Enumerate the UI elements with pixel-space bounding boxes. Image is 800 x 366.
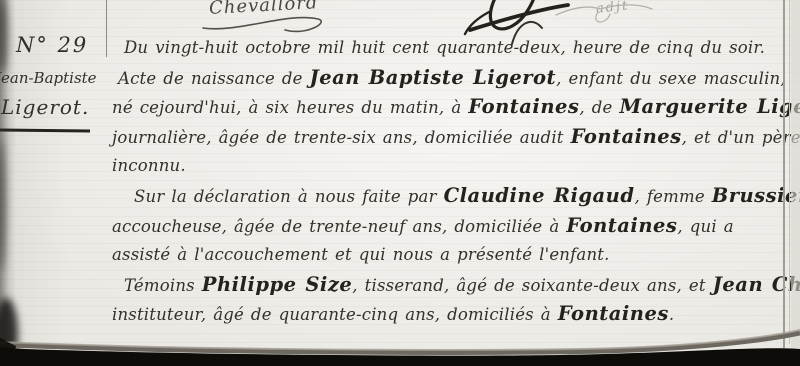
registrar-signature: Chevallord (209, 0, 319, 19)
bottom-page-edge (0, 326, 800, 366)
name-text-segment: Brussier (712, 184, 800, 207)
text-segment: Témoins (124, 276, 202, 295)
text-segment: , enfant du sexe masculin, (556, 69, 786, 88)
margin-rule-line (106, 0, 107, 57)
text-segment: , qui a (677, 217, 733, 236)
document-line: Acte de naissance de Jean Baptiste Liger… (112, 63, 792, 93)
page-right-margin-strip (791, 0, 800, 352)
text-segment: assisté à l'accouchement et qui nous a p… (112, 245, 610, 264)
document-line: né cejourd'hui, à six heures du matin, à… (112, 92, 792, 122)
name-text-segment: Fontaines (566, 214, 677, 237)
text-segment: Acte de naissance de (118, 69, 310, 88)
document-line: Témoins Philippe Size, tisserand, âgé de… (112, 270, 792, 300)
margin-act-number: N° 29 (16, 33, 88, 57)
text-segment: , de (579, 98, 619, 117)
page-right-edge-line-inner (789, 0, 790, 344)
name-text-segment: Fontaines (571, 125, 682, 148)
document-line: Du vingt-huit octobre mil huit cent quar… (112, 33, 792, 63)
text-segment: né cejourd'hui, à six heures du matin, à (112, 98, 468, 117)
name-text-segment: Marguerite Ligerot (619, 95, 800, 118)
name-text-segment: Jean Chevallord (713, 273, 800, 296)
name-text-segment: Jean Baptiste Ligerot (310, 66, 557, 89)
document-line: accoucheuse, âgée de trente-neuf ans, do… (112, 211, 792, 241)
document-line: journalière, âgée de trente-six ans, dom… (112, 122, 792, 152)
text-segment: Du vingt-huit octobre mil huit cent quar… (124, 38, 765, 57)
document-body: Du vingt-huit octobre mil huit cent quar… (112, 33, 792, 329)
text-segment: , tisserand, âgé de soixante-deux ans, e… (352, 276, 712, 295)
text-segment: , femme (634, 187, 711, 206)
register-page-scan: Chevallord adjt N° 29 Jean-Baptiste Lige… (0, 0, 800, 366)
text-segment: inconnu. (112, 156, 186, 175)
name-text-segment: Fontaines (468, 95, 579, 118)
text-segment: instituteur, âgé de quarante-cinq ans, d… (112, 305, 558, 324)
text-segment: accoucheuse, âgée de trente-neuf ans, do… (112, 217, 566, 236)
document-line: assisté à l'accouchement et qui nous a p… (112, 240, 792, 270)
document-line: instituteur, âgé de quarante-cinq ans, d… (112, 299, 792, 329)
text-segment: . (669, 305, 674, 324)
page-right-edge-line (783, 0, 785, 348)
document-line: Sur la déclaration à nous faite par Clau… (112, 181, 792, 211)
name-text-segment: Philippe Size (202, 273, 353, 296)
pencil-annotation: adjt (595, 0, 630, 17)
text-segment: Sur la déclaration à nous faite par (134, 187, 444, 206)
name-text-segment: Claudine Rigaud (444, 184, 635, 207)
text-segment: journalière, âgée de trente-six ans, dom… (112, 128, 571, 147)
name-text-segment: Fontaines (558, 302, 669, 325)
document-line: inconnu. (112, 151, 792, 181)
